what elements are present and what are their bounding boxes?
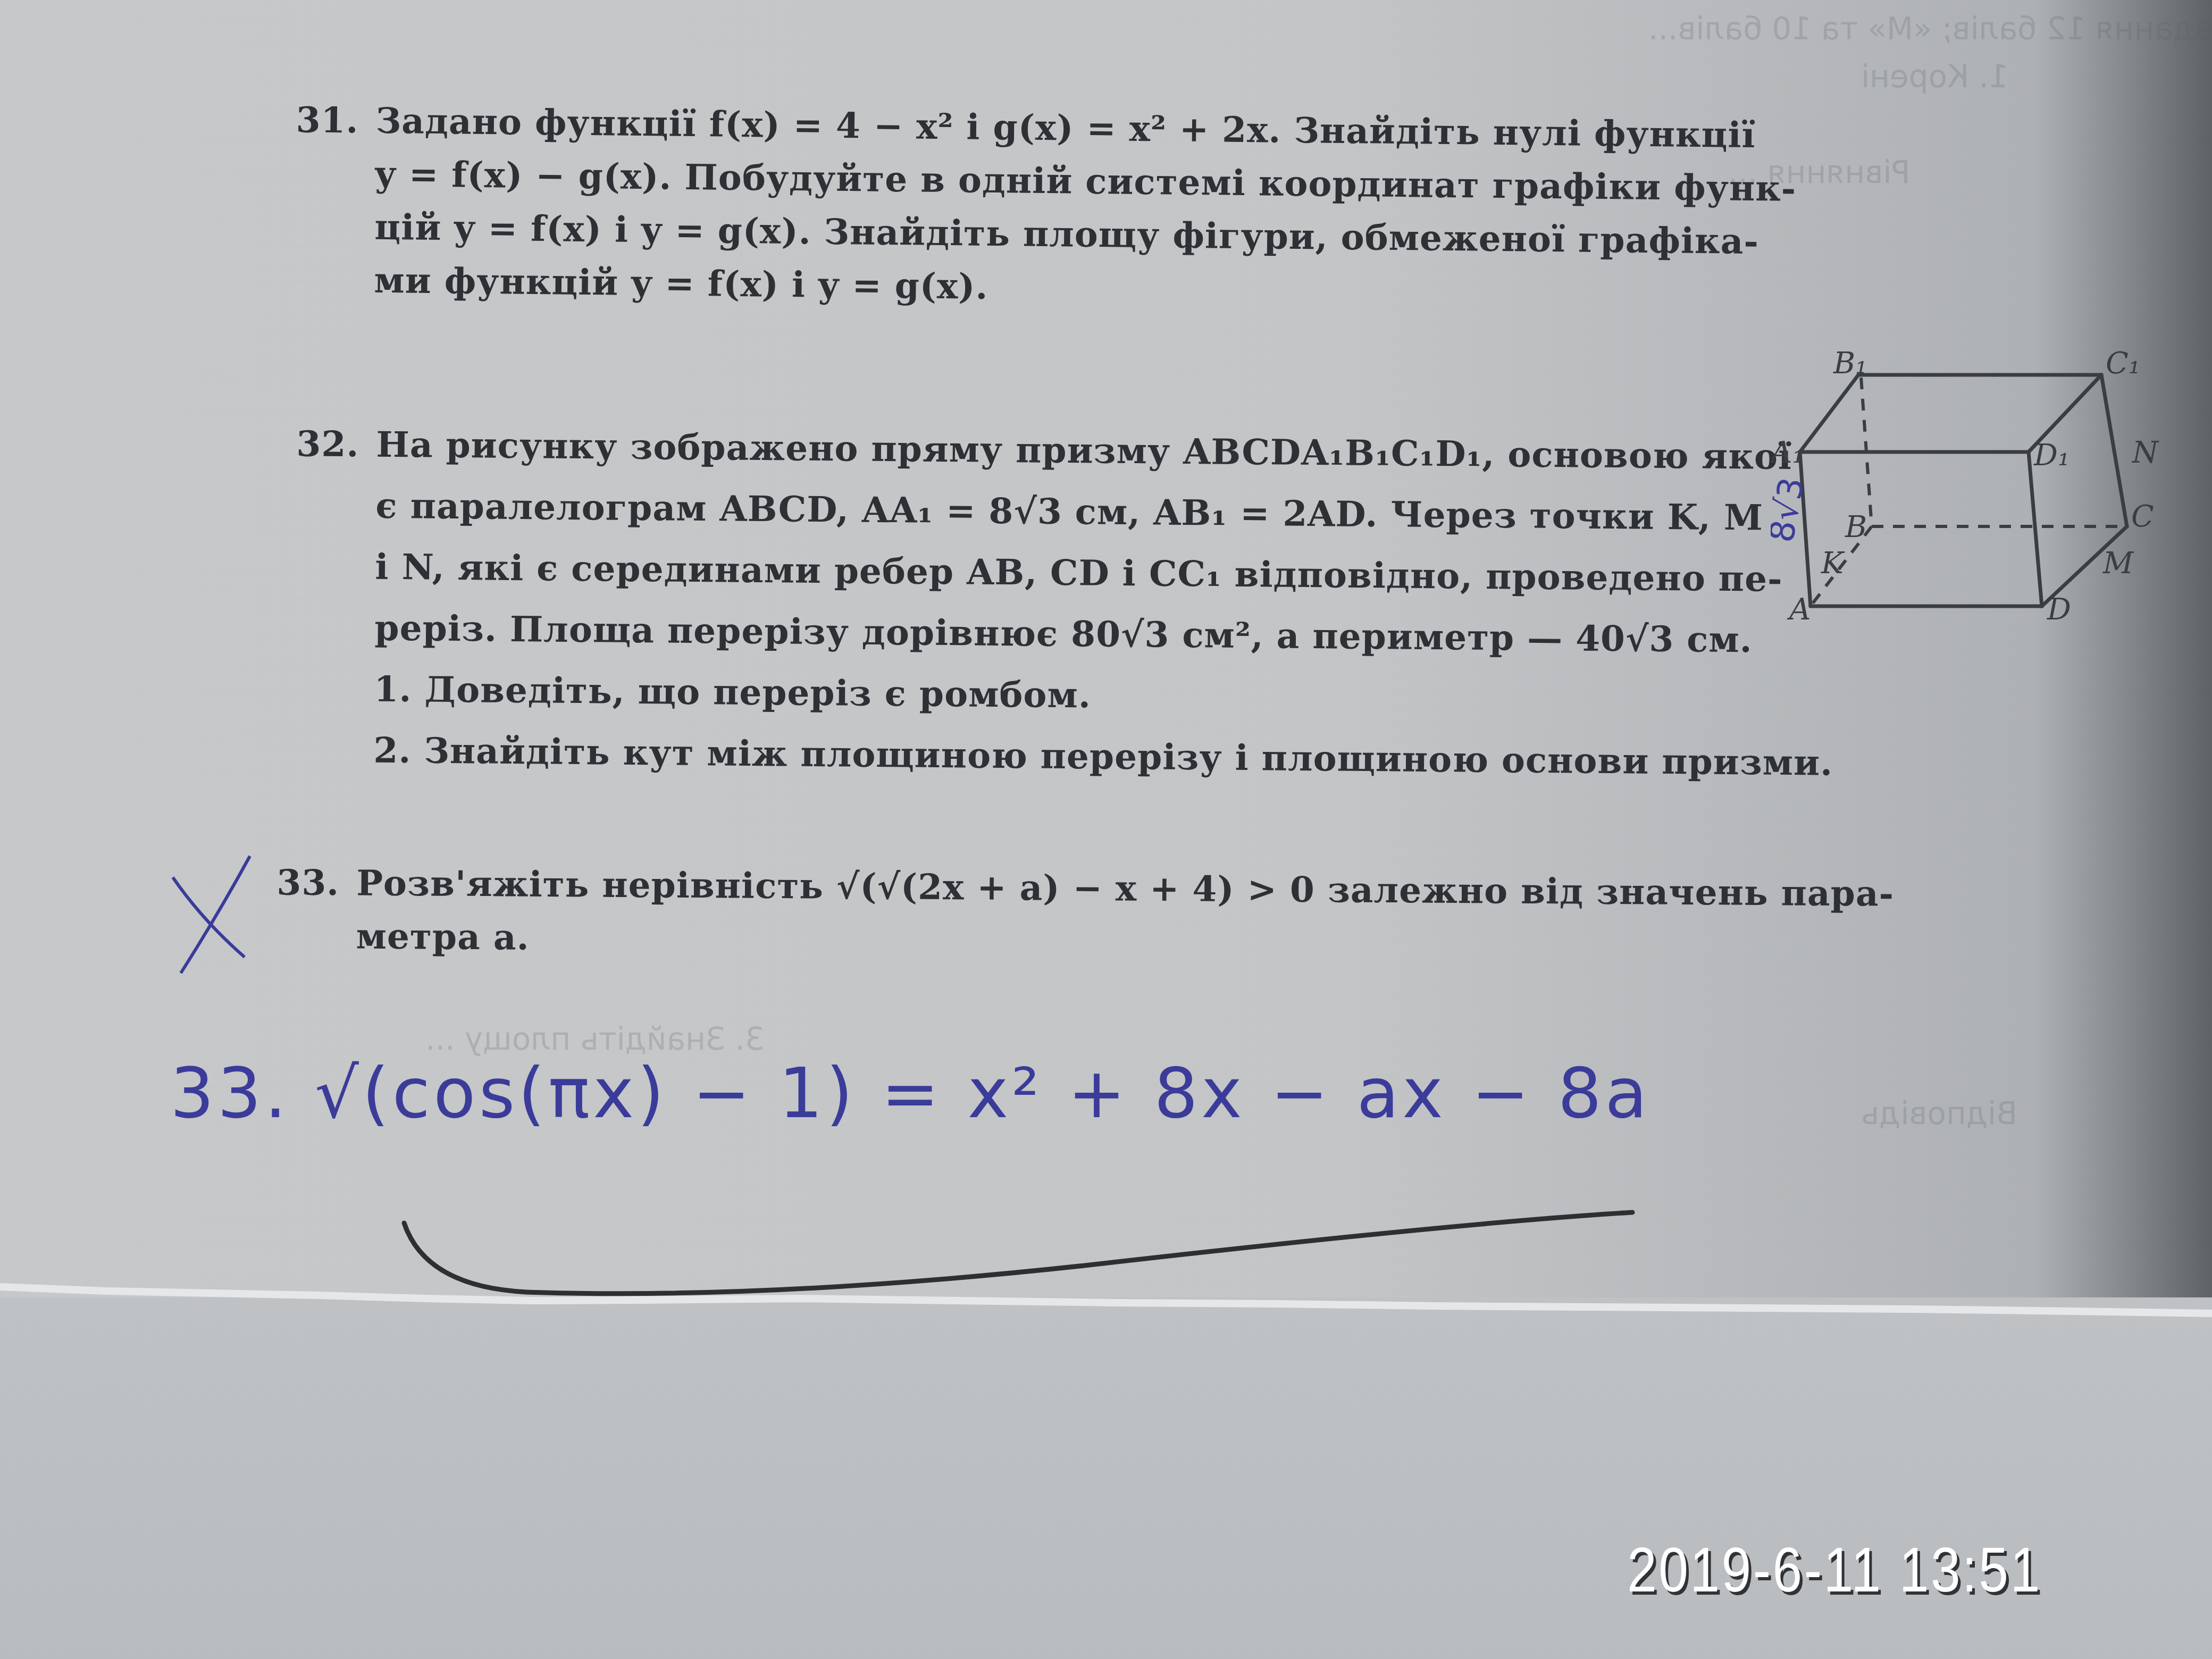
- label-A1: A₁: [1771, 435, 1804, 470]
- handwritten-equation: 33. √(cos(πx) − 1) = x² + 8x − ax − 8a: [170, 1053, 1650, 1134]
- problem-32: 32.На рисунку зображено пряму призму ABC…: [294, 413, 1836, 793]
- vertex-labels: B₁ C₁ A₁ D₁ N B C K M A D: [1771, 351, 2159, 627]
- camera-timestamp: 2019-6-11 13:51: [1627, 1534, 2042, 1606]
- label-D1: D₁: [2033, 438, 2069, 473]
- label-K: K: [1821, 546, 1845, 581]
- prism-diagram: B₁ C₁ A₁ D₁ N B C K M A D 8√3: [1771, 351, 2212, 829]
- bleed-through-text: 1. Корені: [1861, 58, 2008, 95]
- label-B1: B₁: [1833, 351, 1867, 381]
- problem-number: 33.: [276, 856, 357, 909]
- problem-number: 31.: [296, 93, 376, 147]
- bleed-through-text: ...завдання 12 балів; «М» та 10 балів...: [1648, 11, 2212, 47]
- bleed-through-text: 3. Знайдіть площу ...: [425, 1021, 765, 1057]
- problem-33: 33.Розв'яжіть нерівність √(√(2x + a) − x…: [276, 856, 1894, 973]
- problem-31: 31.Задано функції f(x) = 4 − x² і g(x) =…: [294, 93, 1797, 322]
- torn-page-edge: [0, 1271, 2212, 1319]
- label-C: C: [2131, 499, 2154, 534]
- label-C1: C₁: [2106, 351, 2140, 381]
- label-D: D: [2047, 592, 2071, 627]
- problem-number: 32.: [296, 413, 376, 475]
- problem-33-line-2: метра a.: [276, 909, 1893, 973]
- label-B: B: [1845, 510, 1867, 544]
- handwritten-cross-mark: [170, 851, 266, 978]
- bleed-through-text: Відповідь: [1861, 1095, 2017, 1132]
- label-N: N: [2131, 435, 2159, 470]
- label-A: A: [1787, 592, 1811, 627]
- label-M: M: [2102, 546, 2134, 581]
